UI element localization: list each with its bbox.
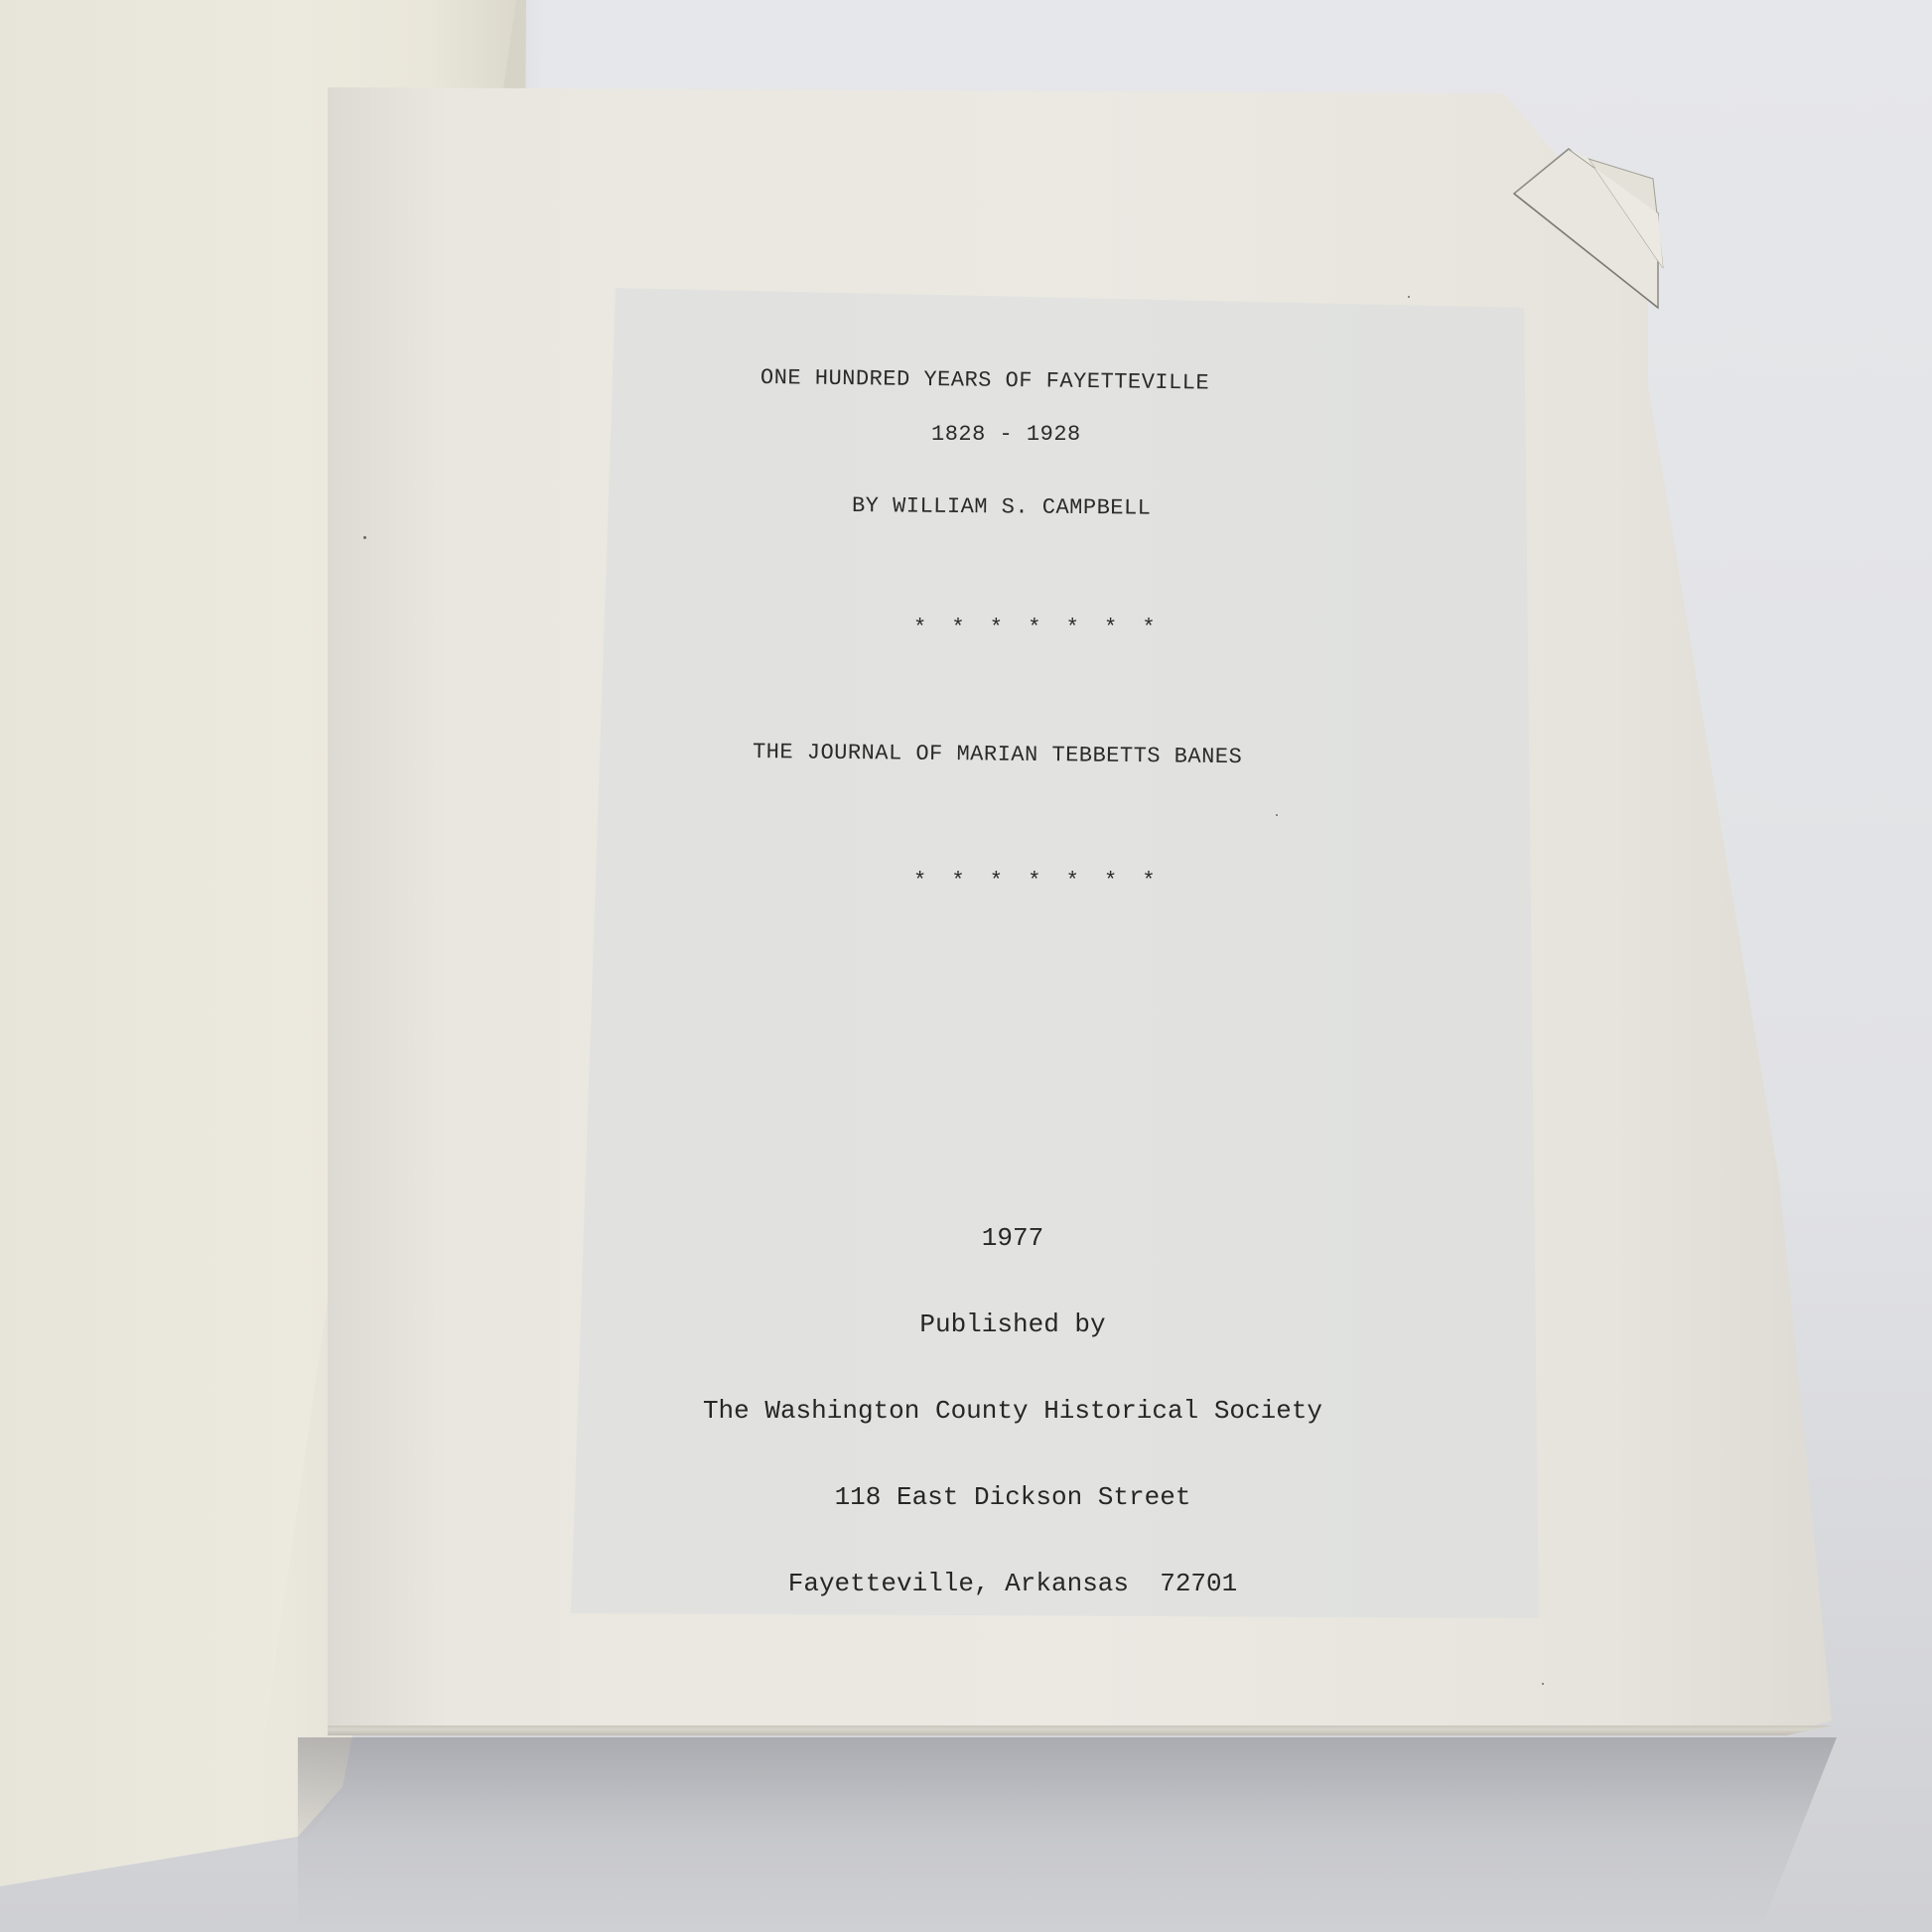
author-line: BY WILLIAM S. CAMPBELL bbox=[852, 493, 1152, 521]
page-stack-edge bbox=[328, 1725, 1832, 1735]
paper-speck bbox=[1542, 1683, 1544, 1685]
book-shadow bbox=[298, 1737, 1837, 1932]
publication-info: 1977 Published by The Washington County … bbox=[655, 1167, 1370, 1627]
publisher-address-street: 118 East Dickson Street bbox=[655, 1483, 1370, 1512]
publication-year: 1977 bbox=[655, 1224, 1370, 1253]
year-range: 1828 - 1928 bbox=[931, 422, 1081, 447]
paper-speck bbox=[363, 536, 366, 539]
subtitle: THE JOURNAL OF MARIAN TEBBETTS BANES bbox=[753, 740, 1243, 769]
separator-stars: * * * * * * * bbox=[913, 616, 1162, 640]
published-by-label: Published by bbox=[655, 1311, 1370, 1339]
publisher-address-city: Fayetteville, Arkansas 72701 bbox=[655, 1570, 1370, 1598]
paper-speck bbox=[1276, 814, 1278, 816]
paper-speck bbox=[1408, 296, 1410, 298]
separator-stars: * * * * * * * bbox=[913, 869, 1162, 894]
publisher-name: The Washington County Historical Society bbox=[655, 1397, 1370, 1426]
